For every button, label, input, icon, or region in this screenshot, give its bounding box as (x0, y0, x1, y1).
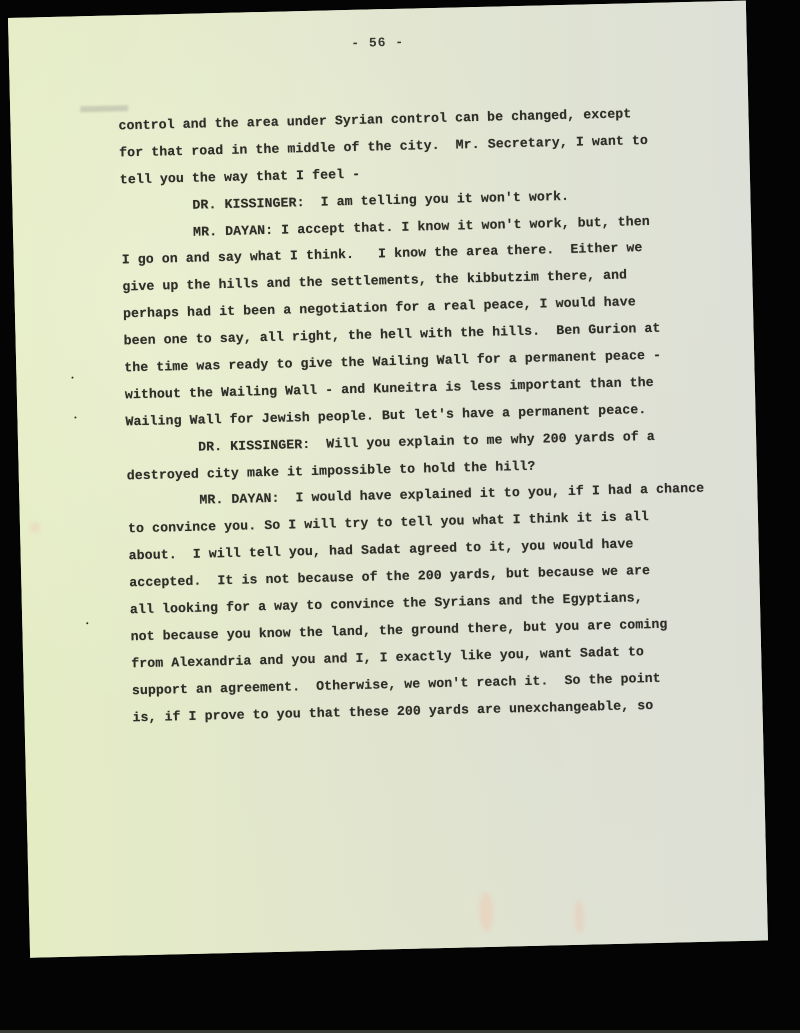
paper-speck (86, 622, 88, 624)
document-page: - 56 - control and the area under Syrian… (8, 1, 768, 958)
scanned-document-viewport: - 56 - control and the area under Syrian… (0, 0, 800, 1033)
paper-speck (71, 377, 73, 379)
paper-stain (574, 900, 585, 934)
transcript-body: control and the area under Syrian contro… (118, 99, 732, 731)
paper-stain (30, 522, 40, 532)
ink-smudge (80, 105, 128, 112)
paper-speck (74, 416, 76, 418)
page-number: - 56 - (9, 27, 747, 59)
paper-stain (479, 892, 494, 932)
